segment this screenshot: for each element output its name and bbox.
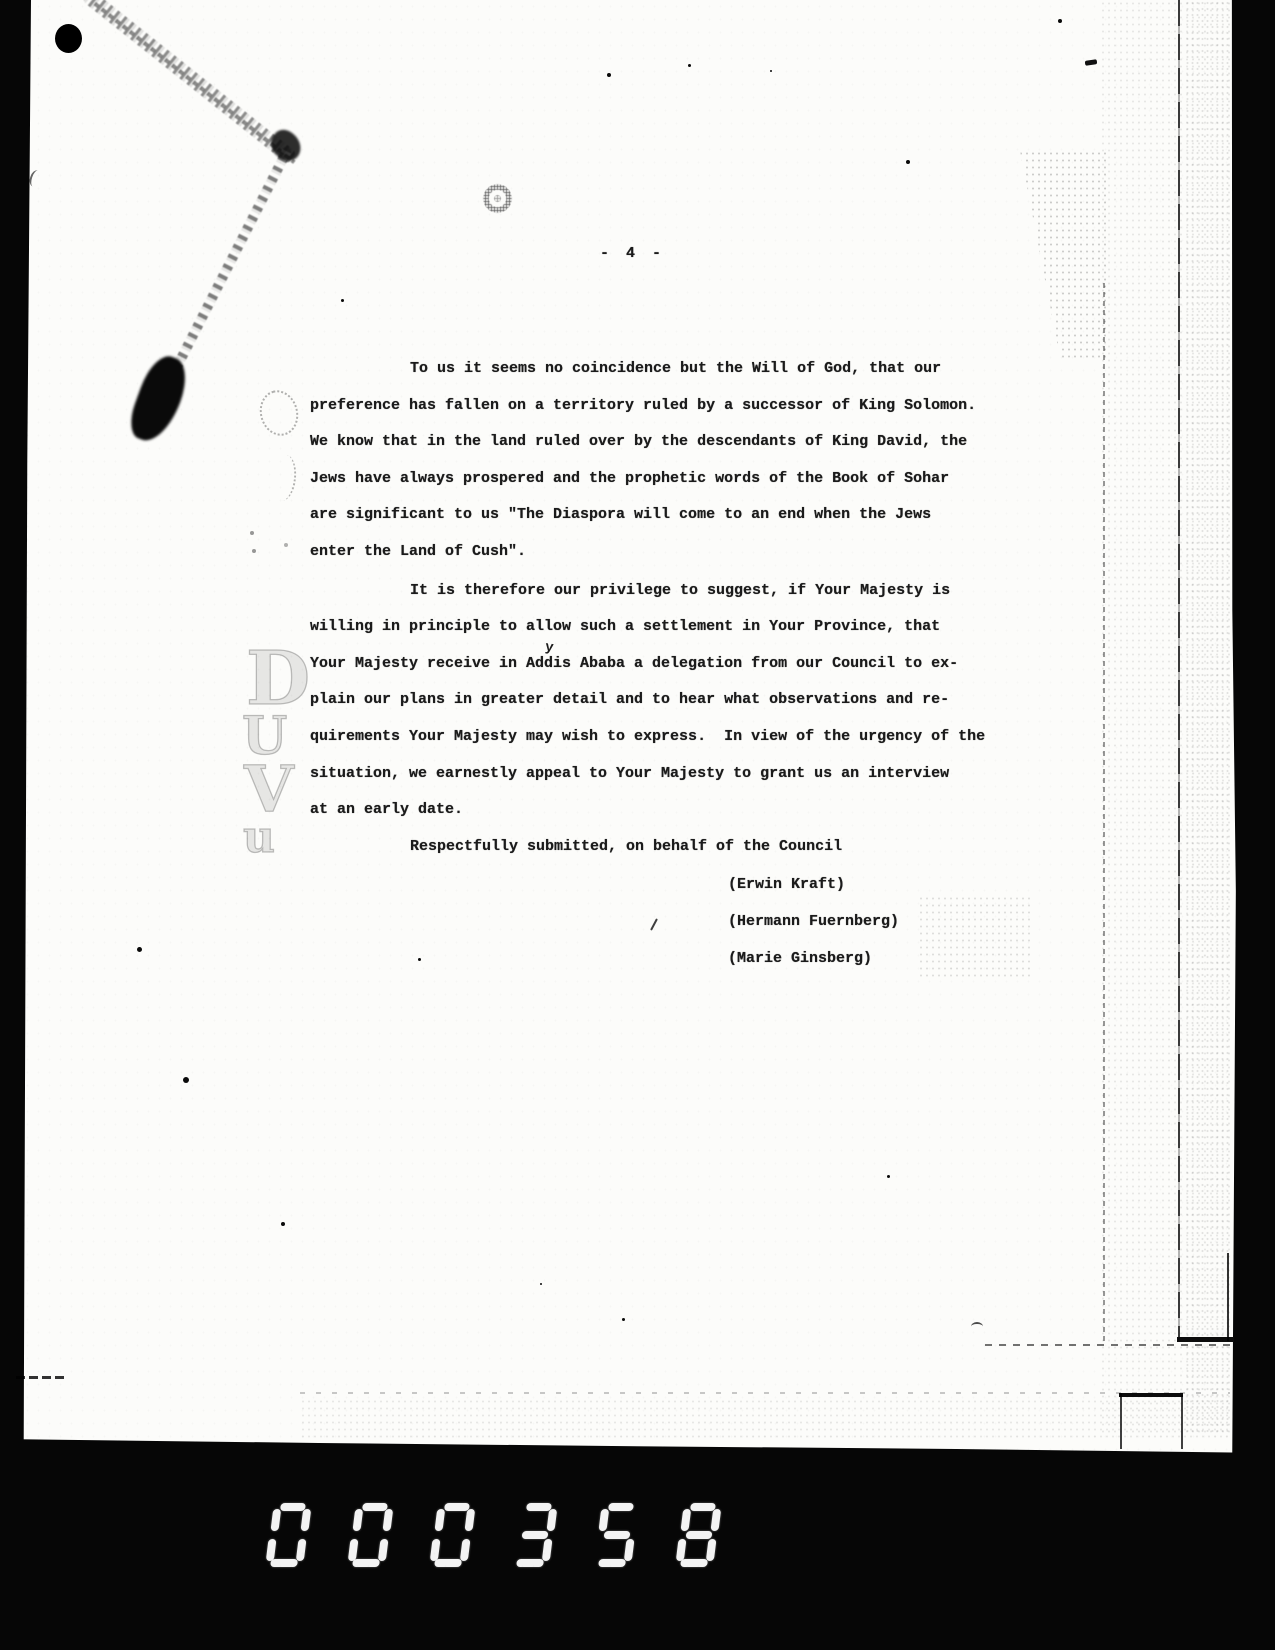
text-line: are significant to us "The Diaspora will… — [310, 497, 1010, 534]
noise-speck — [1058, 19, 1062, 23]
scan-noise-dash — [1085, 59, 1098, 66]
counter-digit — [594, 1503, 640, 1567]
noise-speck — [281, 1222, 285, 1226]
scan-noise-arc — [971, 1322, 983, 1331]
text-line: Jews have always prospered and the proph… — [310, 461, 1010, 498]
scan-noise-patch — [1000, 150, 1110, 360]
text-line: at an early date. — [310, 792, 1010, 829]
scan-dashed-line — [16, 1376, 64, 1379]
page-number: - 4 - — [600, 245, 665, 262]
scan-frame-fragment — [1227, 1253, 1229, 1341]
counter-digit — [266, 1503, 312, 1567]
signature-line: (Marie Ginsberg) — [310, 941, 1010, 978]
noise-speck — [770, 70, 772, 72]
text-line: To us it seems no coincidence but the Wi… — [310, 351, 1010, 388]
scan-noise-patch — [1185, 0, 1231, 1436]
noise-speck — [341, 299, 344, 302]
round-stamp-mark — [481, 182, 514, 215]
noise-speck — [137, 947, 142, 952]
scan-line-vertical — [1103, 283, 1105, 1345]
text-line: Your Majesty receive in Addis Ababa a de… — [310, 646, 1010, 683]
scan-dashed-line — [300, 1392, 1230, 1394]
counter-digit — [512, 1503, 558, 1567]
scan-line-vertical — [1178, 0, 1180, 1341]
paragraph-2: It is therefore our privilege to suggest… — [310, 573, 1010, 829]
ghost-stamp-letter: D — [246, 650, 310, 709]
closing-line: Respectfully submitted, on behalf of the… — [310, 829, 1010, 866]
scan-dashed-line — [985, 1344, 1232, 1346]
scan-noise-patch — [1100, 0, 1231, 1436]
text-line: willing in principle to allow such a set… — [310, 609, 1010, 646]
noise-speck — [418, 958, 421, 961]
ghost-stamp-mark — [250, 531, 254, 535]
signature-line: (Erwin Kraft) — [310, 867, 1010, 904]
counter-digit — [676, 1503, 722, 1567]
noise-speck — [183, 1077, 189, 1083]
signature-block: (Erwin Kraft) (Hermann Fuernberg) (Marie… — [310, 867, 1010, 977]
scan-frame-fragment — [1177, 1337, 1234, 1342]
text-line: preference has fallen on a territory rul… — [310, 388, 1010, 425]
text-line: quirements Your Majesty may wish to expr… — [310, 719, 1010, 756]
crease-fold-artifact — [94, 2, 296, 164]
text-line: plain our plans in greater detail and to… — [310, 682, 1010, 719]
noise-speck — [607, 73, 611, 77]
scan-frame-fragment — [1120, 1393, 1122, 1449]
edge-scratch-mark — [28, 169, 44, 189]
ghost-stamp-mark — [255, 386, 304, 440]
text-line: situation, we earnestly appeal to Your M… — [310, 756, 1010, 793]
hole-punch-dot — [55, 24, 82, 53]
document-scan-page: D U V u - 4 - To us it seems no coincide… — [0, 0, 1275, 1650]
counter-digit — [430, 1503, 476, 1567]
scan-border-right — [1231, 0, 1275, 1650]
noise-speck — [622, 1318, 625, 1321]
ghost-stamp-mark — [274, 454, 299, 502]
footer-counter — [270, 1503, 718, 1567]
scan-noise-patch — [300, 1398, 1230, 1440]
noise-speck — [906, 160, 910, 164]
text-line: enter the Land of Cush". — [310, 534, 1010, 571]
text-line: It is therefore our privilege to suggest… — [310, 573, 1010, 610]
text-line: We know that in the land ruled over by t… — [310, 424, 1010, 461]
ghost-stamp-letter: V — [244, 764, 294, 815]
noise-speck — [887, 1175, 890, 1178]
letter-body: To us it seems no coincidence but the Wi… — [310, 351, 1010, 977]
paragraph-1: To us it seems no coincidence but the Wi… — [310, 351, 1010, 571]
scan-border-left — [0, 0, 31, 1650]
noise-speck — [688, 64, 691, 67]
noise-speck — [540, 1283, 542, 1285]
signature-line: (Hermann Fuernberg) — [310, 904, 1010, 941]
ghost-stamp-letter: u — [243, 820, 275, 855]
counter-digit — [348, 1503, 394, 1567]
scan-frame-fragment — [1181, 1395, 1183, 1449]
